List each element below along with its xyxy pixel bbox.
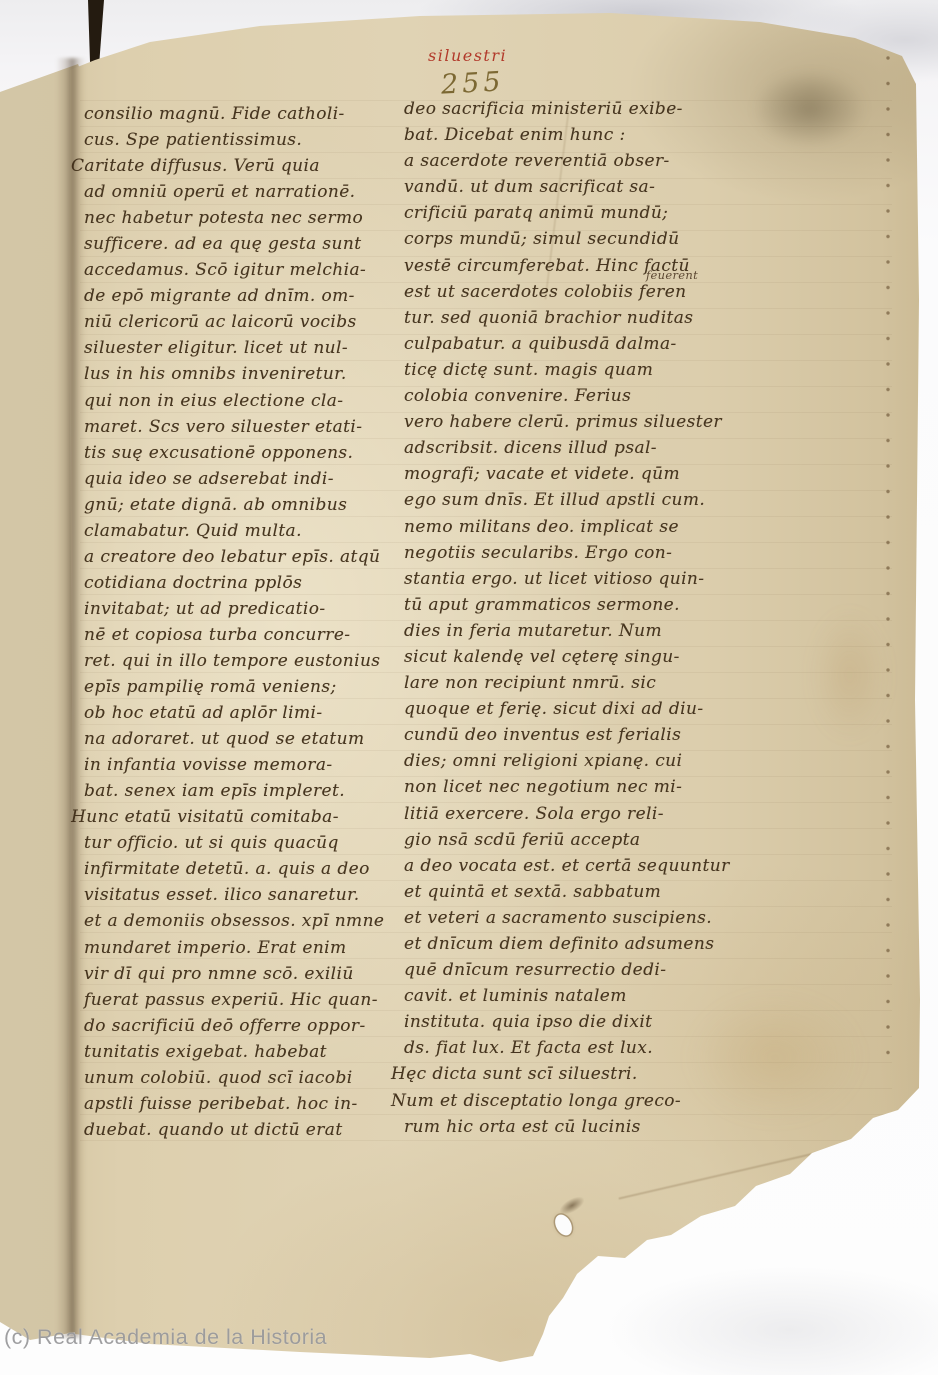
manuscript-line: lare non recipiunt nmrū. sic — [404, 670, 756, 696]
manuscript-line: tur officio. ut si quis quacūq — [84, 830, 398, 856]
manuscript-line: apstli fuisse peribebat. hoc in- — [84, 1091, 398, 1117]
manuscript-line: Hunc etatū visitatū comitaba- — [71, 804, 398, 830]
manuscript-line: quoque et ferię. sicut dixi ad diu- — [404, 696, 756, 722]
parchment-stain-mid — [812, 610, 887, 740]
manuscript-line: culpabatur. a quibusdā dalma- — [404, 331, 756, 357]
manuscript-line: vero habere clerū. primus siluester — [404, 409, 756, 435]
prick-marks — [886, 56, 890, 1076]
manuscript-line: clamabatur. Quid multa. — [84, 518, 398, 544]
manuscript-line: dies in feria mutaretur. Num — [404, 618, 756, 644]
manuscript-line: ad omniū operū et narrationē. — [84, 179, 398, 205]
manuscript-line: a deo vocata est. et certā sequuntur — [404, 853, 756, 879]
manuscript-line: crificiū paratq animū mundū; — [404, 200, 756, 226]
manuscript-line: non licet nec negotium nec mi- — [404, 774, 756, 800]
manuscript-line: cavit. et luminis natalem — [404, 983, 756, 1009]
manuscript-line: sufficere. ad ea quę gesta sunt — [84, 231, 398, 257]
left-column: consilio magnū. Fide catholi-cus. Spe pa… — [84, 101, 398, 1143]
manuscript-line: bat. senex iam epīs impleret. — [84, 778, 398, 804]
manuscript-line: et quintā et sextā. sabbatum — [404, 879, 756, 905]
manuscript-line: et dnīcum diem definito adsumens — [404, 931, 756, 957]
manuscript-line: tur. sed quoniā brachior nuditas — [404, 305, 756, 331]
manuscript-line: lus in his omnibs inveniretur. — [84, 361, 398, 387]
manuscript-line: rum hic orta est cū lucinis — [404, 1114, 756, 1140]
manuscript-line: nemo militans deo. implicat se — [404, 514, 756, 540]
manuscript-line: dies; omni religioni xpianę. cui — [404, 748, 756, 774]
manuscript-line: nē et copiosa turba concurre- — [84, 622, 398, 648]
manuscript-line: stantia ergo. ut licet vitioso quin- — [404, 566, 756, 592]
manuscript-line: tunitatis exigebat. habebat — [84, 1039, 398, 1065]
manuscript-line: gio nsā scdū feriū accepta — [404, 827, 756, 853]
manuscript-line: deo sacrificia ministeriū exibe- — [404, 96, 756, 122]
manuscript-line: ret. qui in illo tempore eustonius — [84, 648, 398, 674]
manuscript-line: cundū deo inventus est ferialis — [404, 722, 756, 748]
manuscript-line: colobia convenire. Ferius — [404, 383, 756, 409]
manuscript-line: qui non in eius electione cla- — [84, 388, 398, 414]
manuscript-line: siluester eligitur. licet ut nul- — [84, 335, 398, 361]
manuscript-line: quia ideo se adserebat indi- — [84, 466, 398, 492]
manuscript-line: tis suę excusationē opponens. — [84, 440, 398, 466]
manuscript-line: adscribsit. dicens illud psal- — [404, 435, 756, 461]
manuscript-line: in infantia vovisse memora- — [84, 752, 398, 778]
manuscript-line: niū clericorū ac laicorū vocibs — [84, 309, 398, 335]
manuscript-line: mografi; vacate et videte. qūm — [404, 461, 756, 487]
manuscript-line: sicut kalendę vel cęterę singu- — [404, 644, 756, 670]
manuscript-line: vir dī qui pro nmne scō. exiliū — [84, 961, 398, 987]
manuscript-line: Caritate diffusus. Verū quia — [71, 153, 398, 179]
ink-smudge-stain — [752, 70, 867, 148]
manuscript-line: ego sum dnīs. Et illud apstli cum. — [404, 487, 756, 513]
manuscript-line: mundaret imperio. Erat enim — [84, 935, 398, 961]
manuscript-line: vandū. ut dum sacrificat sa- — [404, 174, 756, 200]
manuscript-line: litiā exercere. Sola ergo reli- — [404, 801, 756, 827]
manuscript-line: gnū; etate dignā. ab omnibus — [84, 492, 398, 518]
right-column: deo sacrificia ministeriū exibe-bat. Dic… — [404, 96, 756, 1140]
manuscript-line: cus. Spe patientissimus. — [84, 127, 398, 153]
manuscript-line: a sacerdote reverentiā obser- — [404, 148, 756, 174]
manuscript-line: epīs pampilię romā veniens; — [84, 674, 398, 700]
manuscript-line: visitatus esset. ilico sanaretur. — [84, 882, 398, 908]
manuscript-line: consilio magnū. Fide catholi- — [84, 101, 398, 127]
rubric-title: siluestri — [428, 46, 507, 65]
manuscript-line: Num et disceptatio longa greco- — [391, 1088, 756, 1114]
manuscript-line: negotiis secularibs. Ergo con- — [404, 540, 756, 566]
manuscript-line: fuerat passus experiū. Hic quan- — [84, 987, 398, 1013]
manuscript-line: vestē circumferebat. Hinc factū — [404, 253, 756, 279]
manuscript-line: tū aput grammaticos sermone. — [404, 592, 756, 618]
gutter-shadow — [56, 58, 86, 1338]
manuscript-line: na adoraret. ut quod se etatum — [84, 726, 398, 752]
manuscript-line: Hęc dicta sunt scī siluestri. — [391, 1061, 756, 1087]
manuscript-line: ticę dictę sunt. magis quam — [404, 357, 756, 383]
manuscript-line: a creatore deo lebatur epīs. atqū — [84, 544, 398, 570]
manuscript-line: accedamus. Scō igitur melchia- — [84, 257, 398, 283]
parchment-hole — [552, 1212, 576, 1238]
manuscript-line: et veteri a sacramento suscipiens. — [404, 905, 756, 931]
manuscript-line: de epō migrante ad dnīm. om- — [84, 283, 398, 309]
manuscript-line: unum colobiū. quod scī iacobi — [84, 1065, 398, 1091]
manuscript-line: ob hoc etatū ad aplōr limi- — [84, 700, 398, 726]
manuscript-scan: siluestri 255 feuerent consilio magnū. F… — [0, 0, 938, 1375]
copyright-watermark: (c) Real Academia de la Historia — [4, 1325, 327, 1350]
manuscript-line: quē dnīcum resurrectio dedi- — [404, 957, 756, 983]
manuscript-line: et a demoniis obsessos. xpī nmne — [84, 908, 398, 934]
manuscript-line: infirmitate detetū. a. quis a deo — [84, 856, 398, 882]
manuscript-page: siluestri 255 feuerent consilio magnū. F… — [0, 0, 938, 1375]
manuscript-line: corps mundū; simul secundidū — [404, 226, 756, 252]
manuscript-line: ds. fiat lux. Et facta est lux. — [404, 1035, 756, 1061]
manuscript-line: duebat. quando ut dictū erat — [84, 1117, 398, 1143]
manuscript-line: est ut sacerdotes colobiis feren — [404, 279, 756, 305]
manuscript-line: do sacrificiū deō offerre oppor- — [84, 1013, 398, 1039]
manuscript-line: nec habetur potesta nec sermo — [84, 205, 398, 231]
manuscript-line: instituta. quia ipso die dixit — [404, 1009, 756, 1035]
manuscript-line: invitabat; ut ad predicatio- — [84, 596, 398, 622]
manuscript-line: maret. Scs vero siluester etati- — [84, 414, 398, 440]
manuscript-line: bat. Dicebat enim hunc : — [404, 122, 756, 148]
manuscript-line: cotidiana doctrina pplōs — [84, 570, 398, 596]
